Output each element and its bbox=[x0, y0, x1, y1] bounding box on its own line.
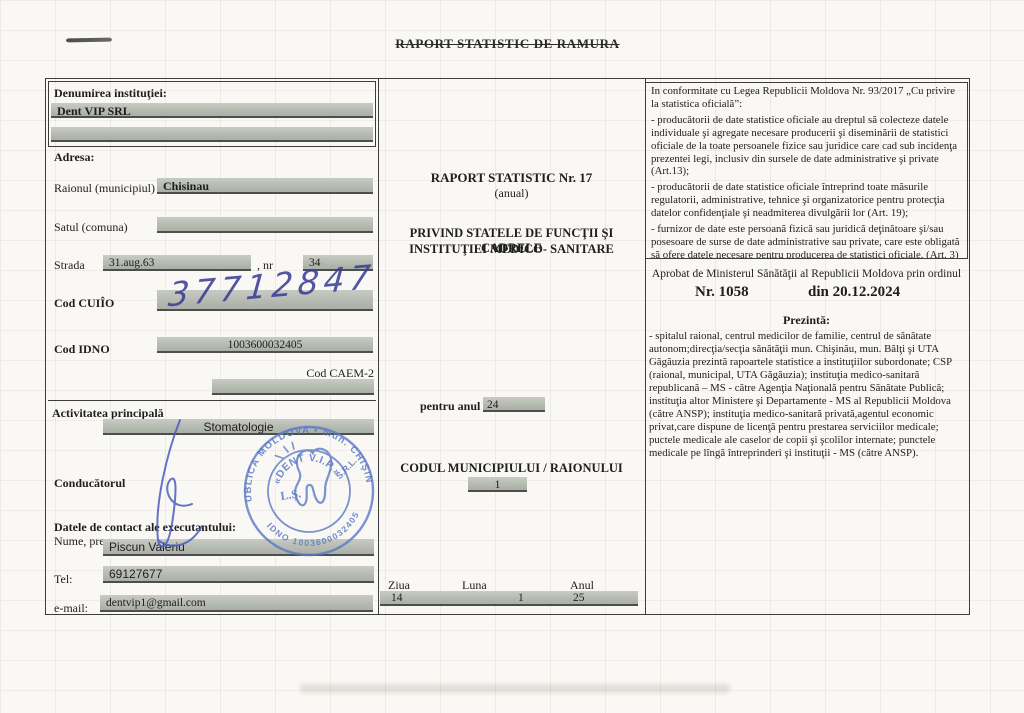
for-year-field: 24 bbox=[483, 397, 545, 412]
municipality-code-value: 1 bbox=[495, 479, 501, 491]
raion-value: Chisinau bbox=[163, 179, 209, 193]
idno-label: Cod IDNO bbox=[54, 342, 110, 357]
idno-field: 1003600032405 bbox=[157, 337, 373, 353]
street-field: 31.aug.63 bbox=[103, 255, 251, 271]
institution-name-value: Dent VIP SRL bbox=[57, 104, 131, 118]
street-value: 31.aug.63 bbox=[109, 257, 154, 269]
idno-value: 1003600032405 bbox=[228, 339, 303, 351]
month-value: 1 bbox=[518, 592, 524, 604]
legal-paragraph: - producătorii de date statistice oficia… bbox=[651, 181, 962, 220]
email-label: e-mail: bbox=[54, 601, 88, 616]
report-subject-line2: INSTITUŢIEI MEDICO- SANITARE bbox=[378, 242, 645, 257]
legal-paragraph: - furnizor de date este persoană fizică … bbox=[651, 223, 962, 259]
date-field-row bbox=[380, 591, 638, 606]
municipality-code-label: CODUL MUNICIPIULUI / RAIONULUI bbox=[378, 461, 645, 476]
svg-text:«DENT V.I.P.»: «DENT V.I.P.» bbox=[267, 447, 343, 487]
order-number: Nr. 1058 bbox=[695, 284, 749, 301]
institution-name-field: Dent VIP SRL bbox=[51, 103, 373, 118]
document-title: RAPORT STATISTIC DE RAMURA bbox=[45, 36, 970, 52]
legal-basis-box: In conformitate cu Legea Republicii Mold… bbox=[645, 82, 968, 259]
stamp-inner-arc-text: «DENT V.I.P.» bbox=[267, 447, 343, 487]
day-value: 14 bbox=[391, 592, 403, 604]
bleed-through-text-smudge bbox=[300, 684, 730, 693]
legal-paragraph: - producătorii de date statistice oficia… bbox=[651, 114, 962, 179]
approval-line: Aprobat de Ministerul Sănătăţii al Repub… bbox=[645, 268, 968, 280]
report-title: RAPORT STATISTIC Nr. 17 bbox=[378, 170, 645, 186]
street-label: Strada bbox=[54, 258, 85, 273]
email-field: dentvip1@gmail.com bbox=[100, 595, 373, 612]
submits-text: - spitalul raional, centrul medicilor de… bbox=[649, 330, 965, 460]
village-label: Satul (comuna) bbox=[54, 220, 128, 235]
institution-name-label: Denumirea instituţiei: bbox=[54, 86, 167, 101]
phone-label: Tel: bbox=[54, 572, 73, 587]
raion-field: Chisinau bbox=[157, 178, 373, 194]
order-date: din 20.12.2024 bbox=[808, 284, 900, 301]
left-section-divider bbox=[48, 400, 376, 401]
director-label: Conducătorul bbox=[54, 476, 125, 491]
caem-field bbox=[212, 379, 374, 395]
stamp-ls-text: L.Ş. bbox=[279, 486, 301, 503]
municipality-code-field: 1 bbox=[468, 477, 527, 492]
for-year-label: pentru anul bbox=[420, 399, 480, 414]
submits-label: Prezintă: bbox=[645, 313, 968, 328]
cuiio-label: Cod CUIÎO bbox=[54, 296, 114, 311]
village-field bbox=[157, 217, 373, 233]
address-label: Adresa: bbox=[54, 150, 94, 165]
company-stamp: REPUBLICA MOLDOVA • mun. CHIŞINĂU • IDNO… bbox=[218, 400, 401, 583]
email-value: dentvip1@gmail.com bbox=[106, 597, 206, 609]
report-periodicity: (anual) bbox=[378, 186, 645, 201]
legal-paragraph: In conformitate cu Legea Republicii Mold… bbox=[651, 85, 962, 111]
phone-value: 69127677 bbox=[109, 567, 162, 581]
institution-name-field-2 bbox=[51, 127, 373, 142]
for-year-value: 24 bbox=[487, 399, 499, 411]
year-value: 25 bbox=[573, 592, 585, 604]
raion-label: Raionul (municipiul) bbox=[54, 181, 155, 196]
scanned-report-page: { "header": { "title": "RAPORT STATISTIC… bbox=[0, 0, 1024, 713]
